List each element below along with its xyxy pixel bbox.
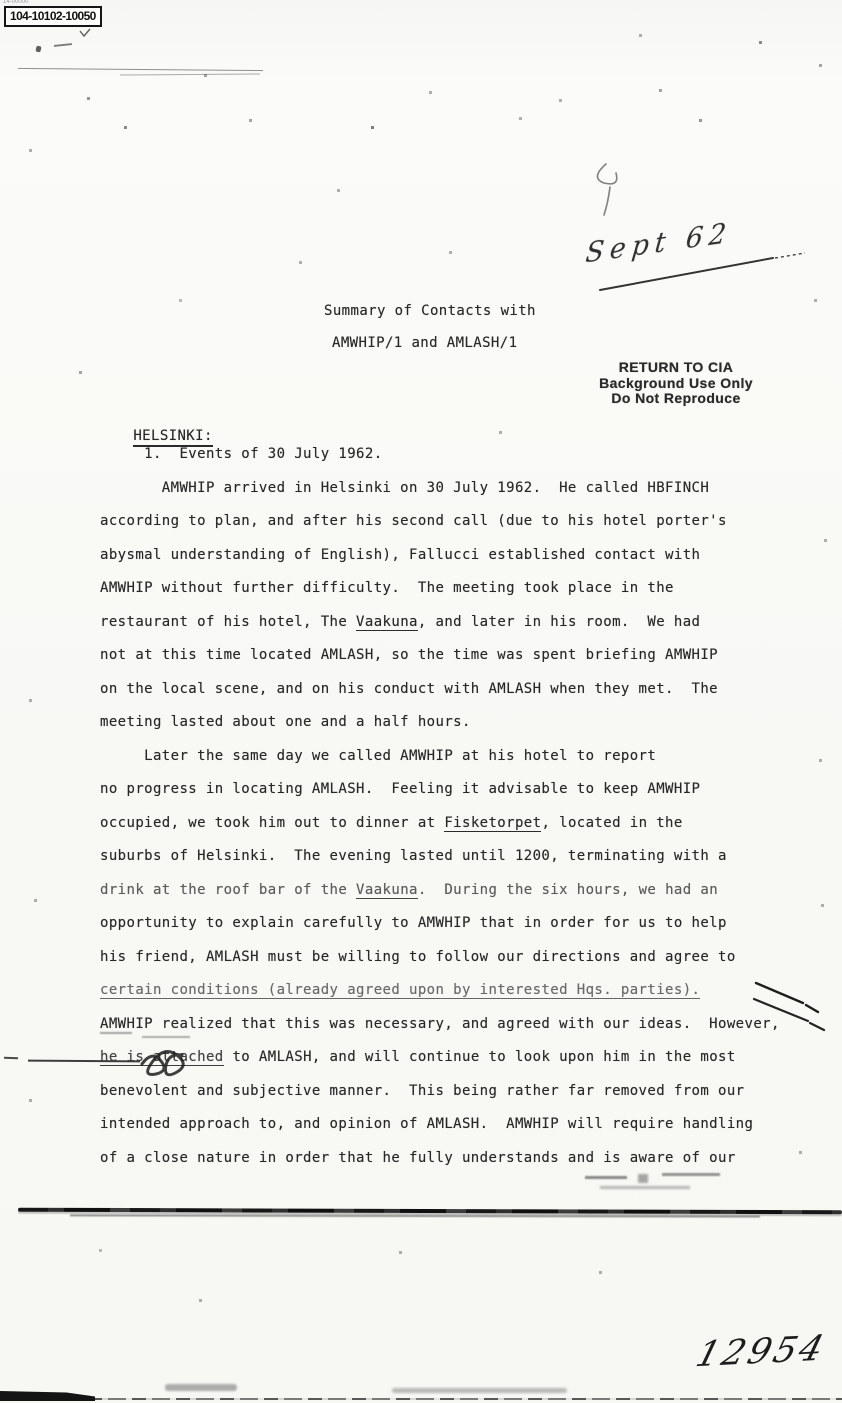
bottom-smudge	[392, 1388, 567, 1393]
body-line: 1. Events of 30 July 1962.	[100, 438, 800, 472]
pencil-mark	[54, 43, 72, 47]
ink-scribble	[136, 1048, 194, 1082]
check-mark	[78, 27, 92, 39]
body-line: abysmal understanding of English), Fallu…	[100, 539, 800, 573]
ghost-text-smudge	[600, 1186, 690, 1189]
body-line: AMWHIP arrived in Helsinki on 30 July 19…	[100, 472, 800, 506]
underlined-text: Vaakuna	[356, 882, 418, 899]
document-body: 1. Events of 30 July 1962. AMWHIP arrive…	[100, 438, 800, 1175]
body-line: meeting lasted about one and a half hour…	[100, 706, 800, 740]
handwritten-underline	[595, 248, 810, 298]
pencil-line	[18, 68, 263, 71]
ghost-text-smudge	[585, 1176, 627, 1179]
body-line: benevolent and subjective manner. This b…	[100, 1075, 800, 1109]
body-line: not at this time located AMLASH, so the …	[100, 639, 800, 673]
smudged-text: certain conditions (already agreed upon …	[100, 982, 700, 999]
body-line: no progress in locating AMLASH. Feeling …	[100, 773, 800, 807]
stamp-line: RETURN TO CIA	[592, 360, 760, 376]
erased-text-mark	[100, 1032, 132, 1034]
handwritten-serial-number: 12954	[692, 1329, 831, 1376]
stamp-line: Background Use Only	[592, 376, 760, 392]
underlined-text: Vaakuna	[356, 614, 418, 631]
ghost-text-smudge	[662, 1173, 720, 1176]
pencil-line	[120, 74, 260, 76]
return-to-cia-stamp: RETURN TO CIA Background Use Only Do Not…	[592, 360, 760, 407]
document-title-line2: AMWHIP/1 and AMLASH/1	[332, 335, 517, 351]
body-line: certain conditions (already agreed upon …	[100, 974, 800, 1008]
body-line: he is attached to AMLASH, and will conti…	[100, 1041, 800, 1075]
pen-slash-marks	[746, 974, 830, 1034]
body-line: intended approach to, and opinion of AML…	[100, 1108, 800, 1142]
body-line: AMWHIP realized that this was necessary,…	[100, 1008, 800, 1042]
archive-number-box: 104-10102-10050	[4, 6, 102, 27]
document-title-line1: Summary of Contacts with	[324, 303, 536, 319]
scan-streak	[18, 1208, 842, 1215]
margin-correction-line	[4, 1057, 18, 1059]
stamp-line: Do Not Reproduce	[592, 391, 760, 407]
body-line: AMWHIP without further difficulty. The m…	[100, 572, 800, 606]
erased-text-mark	[142, 1036, 190, 1038]
pencil-mark	[35, 46, 41, 53]
ghost-text-smudge	[638, 1174, 648, 1183]
bottom-edge-line	[0, 1398, 842, 1400]
margin-correction-line	[28, 1060, 140, 1063]
top-edge-text: 14-00000	[3, 0, 28, 5]
body-line: of a close nature in order that he fully…	[100, 1142, 800, 1176]
scan-specks	[0, 0, 1, 1]
body-line: occupied, we took him out to dinner at F…	[100, 807, 800, 841]
body-line: his friend, AMLASH must be willing to fo…	[100, 941, 800, 975]
body-line: Later the same day we called AMWHIP at h…	[100, 740, 800, 774]
ink-squiggle	[572, 158, 632, 220]
scanned-document-page: 14-00000 104-10102-10050 Sept 62 Summary…	[0, 0, 842, 1403]
body-line: on the local scene, and on his conduct w…	[100, 673, 800, 707]
archive-number: 104-10102-10050	[10, 9, 96, 23]
underlined-text: Fisketorpet	[444, 815, 541, 832]
body-line: according to plan, and after his second …	[100, 505, 800, 539]
body-line: opportunity to explain carefully to AMWH…	[100, 907, 800, 941]
scan-streak	[70, 1214, 760, 1217]
body-line: drink at the roof bar of the Vaakuna. Du…	[100, 874, 800, 908]
bottom-smudge	[165, 1384, 237, 1391]
body-line: suburbs of Helsinki. The evening lasted …	[100, 840, 800, 874]
body-line: restaurant of his hotel, The Vaakuna, an…	[100, 606, 800, 640]
